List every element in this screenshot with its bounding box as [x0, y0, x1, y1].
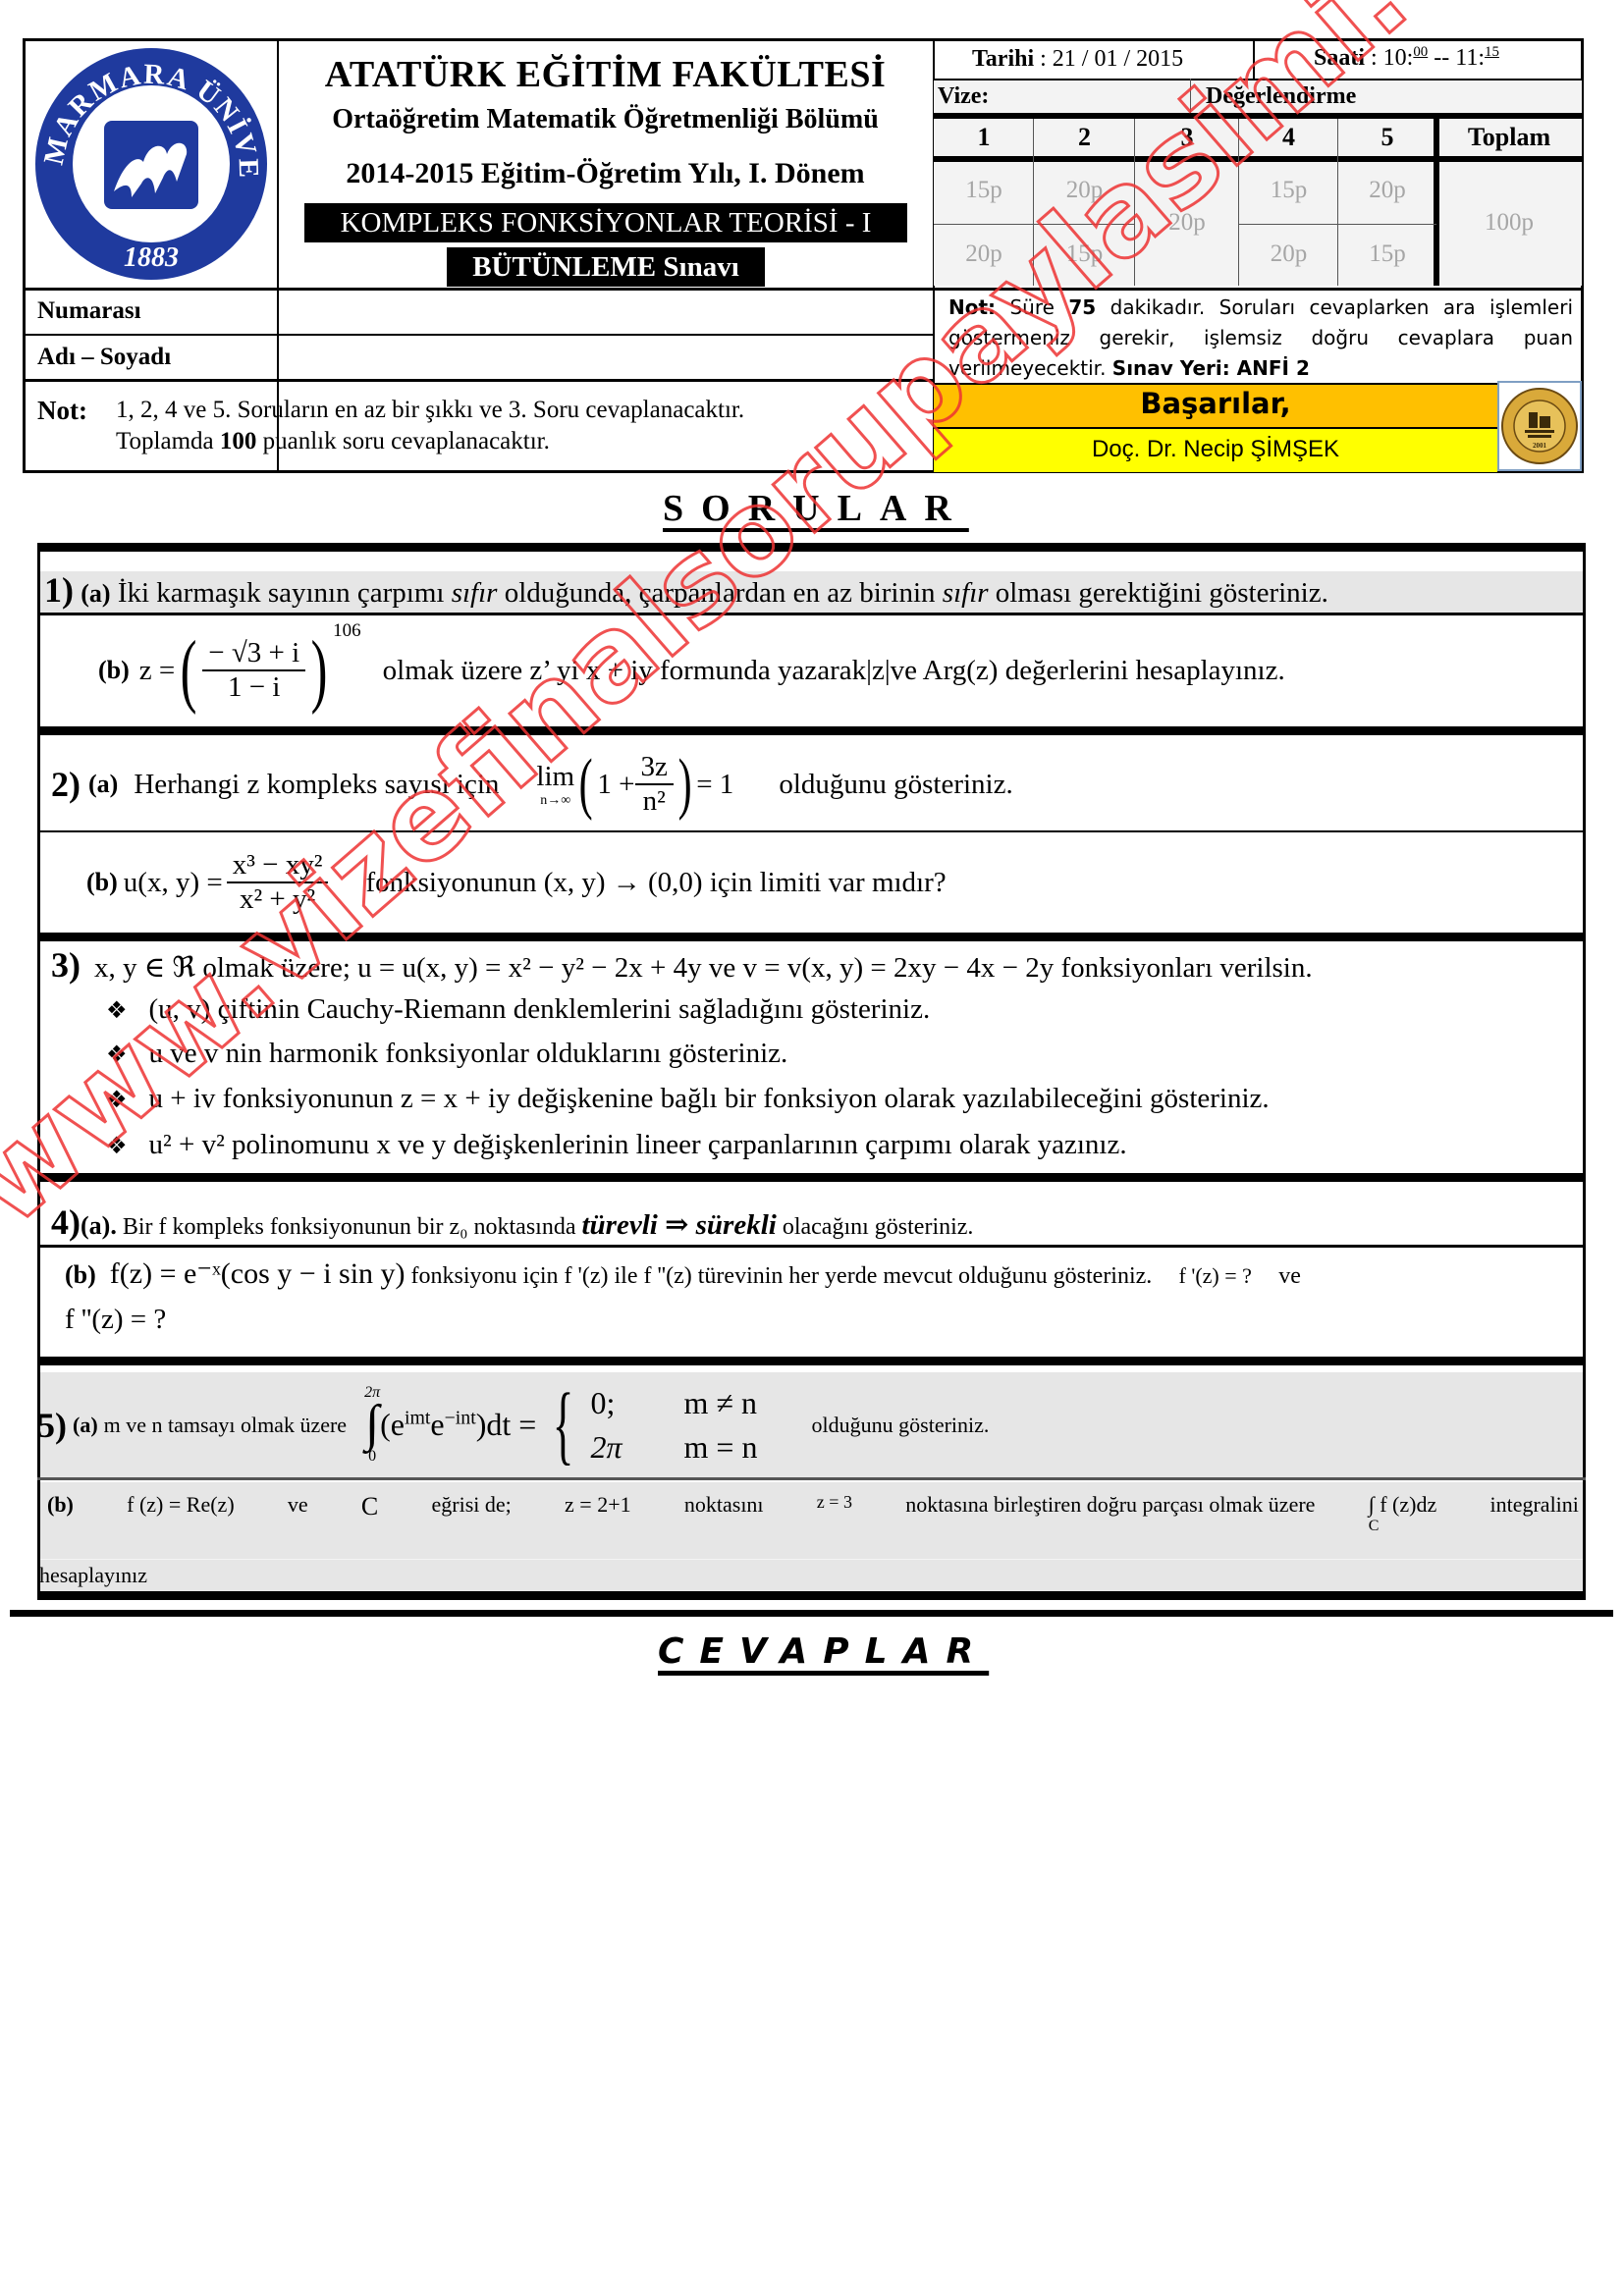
divider: [1239, 224, 1338, 225]
rules-note: Not: Süre 75 dakikadır. Soruları cevapla…: [948, 293, 1573, 384]
score-header-4: 4: [1239, 123, 1338, 152]
question-2b: (b) u(x, y) = x³ − xy²x² + y² fonksiyonu…: [86, 834, 947, 931]
svg-text:1883: 1883: [124, 242, 179, 273]
question-1a: 1) (a) İki karmaşık sayının çarpımı sıfı…: [44, 569, 1328, 611]
question-4a: 4)(a). Bir f kompleks fonksiyonunun bir …: [51, 1201, 973, 1243]
question-5b-cont: hesaplayınız: [39, 1563, 147, 1588]
wish-text: Başarılar,: [934, 387, 1497, 420]
divider: [1338, 224, 1436, 225]
score-points: 15p: [1239, 177, 1338, 204]
divider: [1034, 224, 1135, 225]
exam-date: Tarihi : 21 / 01 / 2015: [972, 46, 1183, 73]
note-label: Not:: [37, 396, 87, 426]
question-3-bullet: ❖u ve v nin harmonik fonksiyonlar oldukl…: [106, 1038, 787, 1070]
questions-section-title: SORULAR: [663, 487, 969, 530]
instructor-name: Doç. Dr. Necip ŞİMŞEK: [934, 436, 1497, 463]
bullet-diamond-icon: ❖: [106, 1132, 128, 1159]
score-header-1: 1: [934, 123, 1034, 152]
score-points: 20p: [1239, 240, 1338, 268]
marmara-university-logo-icon: MARMARA ÜNİVERSİTESİ 1883: [29, 44, 273, 285]
academic-year: 2014-2015 Eğitim-Öğretim Yılı, I. Dönem: [278, 157, 933, 190]
answers-section-title: CEVAPLAR: [658, 1631, 989, 1672]
question-3-bullet: ❖(u, v) çiftinin Cauchy-Riemann denkleml…: [106, 993, 930, 1026]
score-points: 20p: [934, 240, 1034, 268]
score-points: 20p: [1034, 177, 1135, 204]
course-title: KOMPLEKS FONKSİYONLAR TEORİSİ - I: [304, 203, 907, 242]
divider: [1253, 38, 1255, 79]
question-3-bullet: ❖u + iv fonksiyonunun z = x + iy değişke…: [106, 1083, 1270, 1115]
faculty-title: ATATÜRK EĞİTİM FAKÜLTESİ: [278, 53, 933, 96]
exam-time: Saati : 10:00 -- 11:15: [1314, 44, 1499, 72]
note-line-2: Toplamda 100 puanlık soru cevaplanacaktı…: [116, 428, 550, 455]
score-points: 100p: [1436, 209, 1582, 237]
score-header-2: 2: [1034, 123, 1135, 152]
score-header-toplam: Toplam: [1436, 123, 1582, 152]
divider: [933, 288, 1584, 291]
question-5b: (b) f (z) = Re(z) ve C eğrisi de; z = 2+…: [47, 1492, 1579, 1535]
score-header-3: 3: [1135, 123, 1239, 152]
question-5a: 5) (a) m ve n tamsayı olmak üzere 2π ∫ 0…: [37, 1374, 989, 1475]
exam-type: BÜTÜNLEME Sınavı: [447, 247, 765, 287]
score-header-5: 5: [1338, 123, 1436, 152]
score-points: 15p: [1338, 240, 1436, 268]
question-3-bullet: ❖u² + v² polinomunu x ve y değişkenlerin…: [106, 1129, 1127, 1161]
student-number-label: Numarası: [37, 297, 141, 325]
student-number-field[interactable]: [280, 291, 932, 333]
bullet-diamond-icon: ❖: [106, 996, 128, 1024]
score-points: 20p: [1338, 177, 1436, 204]
note-line-1: 1, 2, 4 ve 5. Soruların en az bir şıkkı …: [116, 397, 744, 424]
question-1b: (b) z = ( − √3 + i1 − i ) 106 olmak üzer…: [98, 616, 1285, 724]
question-3-intro: 3)x, y ∈ ℜ olmak üzere; u = u(x, y) = x²…: [51, 944, 1313, 986]
score-points: 15p: [1034, 240, 1135, 268]
svg-text:2001: 2001: [1533, 442, 1547, 450]
bullet-diamond-icon: ❖: [106, 1086, 128, 1113]
student-name-label: Adı – Soyadı: [37, 344, 171, 371]
question-4b-second-derivative: f ''(z) = ?: [65, 1304, 166, 1336]
divider: [1190, 79, 1191, 114]
divider: [40, 1559, 1583, 1560]
istanbul-ticaret-logo-icon: 2001: [1497, 381, 1582, 471]
evaluation-label: Değerlendirme: [1206, 83, 1356, 110]
section-separator: [10, 1610, 1613, 1617]
question-4b: (b)f(z) = e⁻ˣ(cos y − i sin y) fonksiyon…: [65, 1256, 1572, 1291]
score-points: 15p: [934, 177, 1034, 204]
student-name-field[interactable]: [280, 336, 932, 378]
question-2a: 2) (a) Herhangi z kompleks sayısı için l…: [51, 738, 1013, 830]
bullet-diamond-icon: ❖: [106, 1041, 128, 1068]
score-points: 20p: [1135, 209, 1239, 237]
department-title: Ortaöğretim Matematik Öğretmenliği Bölüm…: [278, 104, 933, 135]
divider: [934, 224, 1034, 225]
vize-label: Vize:: [938, 83, 989, 110]
divider: [23, 379, 933, 382]
